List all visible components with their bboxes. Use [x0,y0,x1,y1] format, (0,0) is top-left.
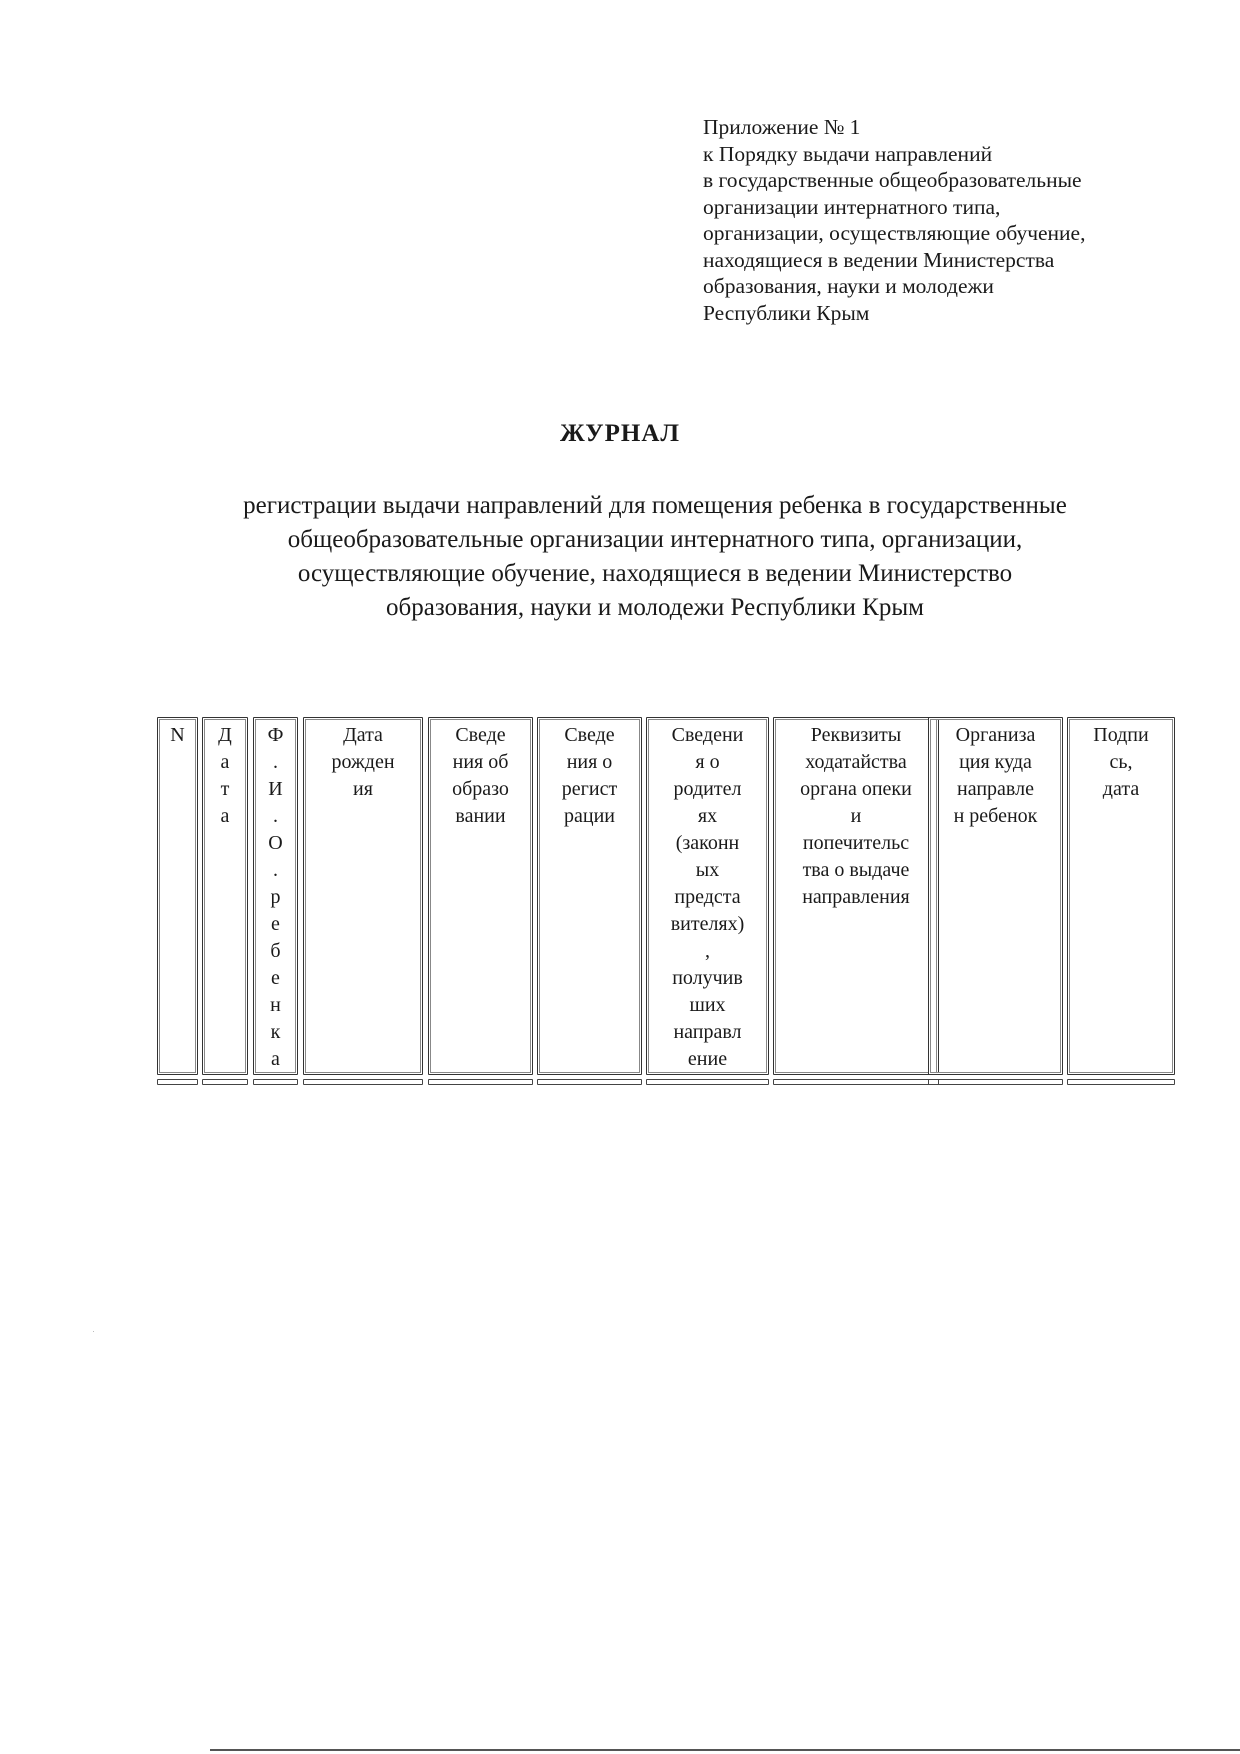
header-text: р [254,884,297,911]
header-cell: Сведения обобразовании [428,717,533,1075]
header-cell: Дата [202,717,248,1075]
header-text: т [203,776,247,803]
header-text: попечительс [774,830,938,857]
annex-line: организации интернатного типа, [703,194,1085,221]
subtitle-line: осуществляющие обучение, находящиеся в в… [180,557,1130,591]
header-text: органа опеки [774,776,938,803]
header-text: (законн [647,830,768,857]
annex-line: в государственные общеобразовательные [703,167,1085,194]
empty-row-cell [202,1079,248,1085]
empty-row-cell [428,1079,533,1085]
header-text: ния об [429,749,532,776]
header-text: и [774,803,938,830]
annex-line: находящиеся в ведении Министерства [703,247,1085,274]
header-cell: Ф.И.О.ребенка [253,717,298,1075]
header-text: направления [774,884,938,911]
empty-row-cell [303,1079,423,1085]
header-text: образо [429,776,532,803]
header-text: ния о [538,749,641,776]
bottom-rule [210,1749,1240,1751]
header-text: н ребенок [929,803,1062,830]
col-registration-info: Сведения орегистрации [537,717,642,1087]
header-text: И [254,776,297,803]
annex-line: Республики Крым [703,300,1085,327]
header-text: рожден [304,749,422,776]
header-text: регист [538,776,641,803]
header-text: сь, [1068,749,1174,776]
scan-speck [93,1331,94,1332]
header-text: Д [203,722,247,749]
col-signature: Подпись,дата [1067,717,1175,1087]
header-text: ция куда [929,749,1062,776]
header-text: . [254,803,297,830]
empty-row-cell [646,1079,769,1085]
header-text: ях [647,803,768,830]
header-text: Дата [304,722,422,749]
header-text: получив [647,965,768,992]
header-cell: Датарождения [303,717,423,1075]
header-cell: N [157,717,198,1075]
subtitle-line: образования, науки и молодежи Республики… [180,591,1130,625]
header-text: б [254,938,297,965]
header-text: ших [647,992,768,1019]
header-text: ение [647,1046,768,1073]
col-date: Дата [202,717,248,1087]
header-text: N [158,722,197,749]
subtitle-line: регистрации выдачи направлений для помещ… [180,489,1130,523]
document-subtitle: регистрации выдачи направлений для помещ… [180,489,1130,625]
header-text: направл [647,1019,768,1046]
col-number: N [157,717,198,1087]
annex-block: Приложение № 1к Порядку выдачи направлен… [703,114,1085,326]
header-text: а [203,749,247,776]
header-text: , [647,938,768,965]
annex-line: Приложение № 1 [703,114,1085,141]
empty-row-cell [1067,1079,1175,1085]
header-text: а [203,803,247,830]
header-text: н [254,992,297,1019]
header-text: я о [647,749,768,776]
header-cell: Подпись,дата [1067,717,1175,1075]
annex-line: к Порядку выдачи направлений [703,141,1085,168]
header-text: родител [647,776,768,803]
subtitle-line: общеобразовательные организации интернат… [180,523,1130,557]
empty-row-cell [157,1079,198,1085]
header-text: Ф [254,722,297,749]
col-education-info: Сведения обобразовании [428,717,533,1087]
header-text: Организа [929,722,1062,749]
empty-row-cell [773,1079,939,1085]
header-text: ия [304,776,422,803]
empty-row-cell [928,1079,1063,1085]
header-text: е [254,965,297,992]
col-organization: Организация куданаправлен ребенок [928,717,1063,1087]
header-text: О [254,830,297,857]
header-text: Сведени [647,722,768,749]
empty-row-cell [253,1079,298,1085]
header-cell: Сведения ородителях(законныхпредставител… [646,717,769,1075]
document-title: ЖУРНАЛ [0,420,1240,448]
header-text: . [254,749,297,776]
header-text: вании [429,803,532,830]
header-text: Подпи [1068,722,1174,749]
col-birth-date: Датарождения [303,717,423,1087]
empty-row-cell [537,1079,642,1085]
header-cell: Сведения орегистрации [537,717,642,1075]
header-text: предста [647,884,768,911]
header-text: . [254,857,297,884]
header-text: ых [647,857,768,884]
header-cell: Организация куданаправлен ребенок [928,717,1063,1075]
annex-line: образования, науки и молодежи [703,273,1085,300]
header-text: ходатайства [774,749,938,776]
header-text: дата [1068,776,1174,803]
header-text: рации [538,803,641,830]
header-text: направле [929,776,1062,803]
header-text: вителях) [647,911,768,938]
col-parents-info: Сведения ородителях(законныхпредставител… [646,717,769,1087]
header-cell: Реквизитыходатайстваоргана опекиипопечит… [773,717,939,1075]
header-text: е [254,911,297,938]
annex-line: организации, осуществляющие обучение, [703,220,1085,247]
header-text: а [254,1046,297,1073]
header-text: Сведе [429,722,532,749]
header-text: тва о выдаче [774,857,938,884]
header-text: Реквизиты [774,722,938,749]
header-text: Сведе [538,722,641,749]
col-petition-details: Реквизитыходатайстваоргана опекиипопечит… [773,717,939,1087]
header-text: к [254,1019,297,1046]
col-child-name: Ф.И.О.ребенка [253,717,298,1087]
